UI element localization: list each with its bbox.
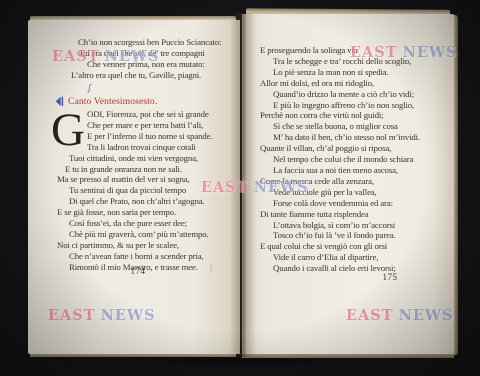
verse-block-left: ODI, Fiorenza, poi che sei sì grandeChe … [57, 109, 247, 273]
verse-line: Quante il villan, ch’al poggio si riposa… [260, 143, 420, 154]
verse-line: Sì che se stella buona, o miglior cosa [273, 121, 420, 132]
verse-fragment-canto-25: Ch’io non scorgessi ben Puccio Sciancato… [71, 37, 221, 81]
photo-of-open-book: Ch’io non scorgessi ben Puccio Sciancato… [0, 0, 480, 376]
verse-line: E per l’inferno il tuo nome si spande. [69, 131, 247, 142]
verse-line: Tu sentirai di qua da picciol tempo [69, 185, 247, 196]
verse-line: Tra le schegge e tra’ rocchi dello scogl… [273, 56, 420, 67]
verse-line: L’ottava bolgia, sì com’io m’accorsi [273, 220, 420, 231]
verse-block-right: E proseguendo la solinga viaTra le scheg… [260, 45, 420, 274]
verse-line: Vide il carro d’Elia al dipartire, [273, 252, 420, 263]
page-number-left: 174 [108, 266, 168, 276]
verse-line: E se già fosse, non saria per tempo. [57, 207, 247, 218]
verse-line: Che per mare e per terra batti l’ali, [69, 120, 247, 131]
verse-line: Lo piè senza la man non si spedia. [273, 67, 420, 78]
verse-line: M’ ha dato il ben, ch’io stesso nol m’in… [273, 132, 420, 143]
verse-line: Che venner prima, non era mutato: [87, 59, 221, 70]
verse-line: Forse colà dove vendemmia ed ara: [273, 198, 420, 209]
verse-line: Ma se presso al mattin del ver si sogna, [57, 174, 247, 185]
verse-line: Ch’io non scorgessi ben Puccio Sciancato… [78, 37, 221, 48]
verse-line: E qual colui che si vengiò con gli orsi [260, 241, 420, 252]
flourish-icon: ʃ [87, 84, 91, 94]
verse-line: Di tante fiamme tutta risplendea [260, 209, 420, 220]
ink-bleed-mark: ʃ [210, 264, 213, 273]
verse-line: Tra li ladron trovai cinque cotali [57, 142, 247, 153]
right-page: E proseguendo la solinga viaTra le scheg… [242, 14, 454, 354]
verse-line: Tosco ch’io fui là ’ve il fondo parea. [273, 230, 420, 241]
verse-line: Vede lucciole giù per la vallea, [273, 187, 420, 198]
verse-line: Di quel che Prato, non ch’altri t’agogna… [69, 196, 247, 207]
verse-line: ODI, Fiorenza, poi che sei sì grande [57, 109, 247, 120]
dropcap-initial: G [51, 110, 85, 151]
verse-line: Così foss’ei, da che pure esser dee; [69, 218, 247, 229]
verse-line: Noi ci partimmo, & su per le scalee, [57, 240, 247, 251]
verse-line: E proseguendo la solinga via [260, 45, 420, 56]
verse-line: Ed era quel che sol, de’ tre compagni [80, 48, 221, 59]
verse-line: Tuoi cittadini, onde mi vien vergogna, [69, 153, 247, 164]
canto-26-opening: G ODI, Fiorenza, poi che sei sì grandeCh… [57, 109, 247, 273]
left-page: Ch’io non scorgessi ben Puccio Sciancato… [28, 20, 240, 354]
verse-line: Quand’io drizzo la mente a ciò ch’io vid… [273, 89, 420, 100]
verse-line: E tu in grande onranza non ne sali. [65, 164, 247, 175]
verse-line: La faccia sua a noi tien meno ascosa, [273, 165, 420, 176]
page-number-right: 175 [370, 272, 410, 282]
verse-line: E più lo ingegno affreno ch’io non sogli… [273, 100, 420, 111]
verse-line: Come la mosca cede alla zenzara, [260, 176, 420, 187]
verse-line: L’altro era quel che tu, Gaville, piagni… [71, 70, 221, 81]
verse-line: Perchè non corra che virtù nol guidi; [260, 110, 420, 121]
verse-line: Nel tempo che colui che il mondo schiara [273, 154, 420, 165]
verse-line: Allor mi dolsi, ed ora mi ridoglio, [260, 78, 420, 89]
verse-line: Che n’avean fatte i borni a scender pria… [69, 251, 247, 262]
verse-line: Chè più mi graverà, com’ più m’attempo. [69, 229, 247, 240]
